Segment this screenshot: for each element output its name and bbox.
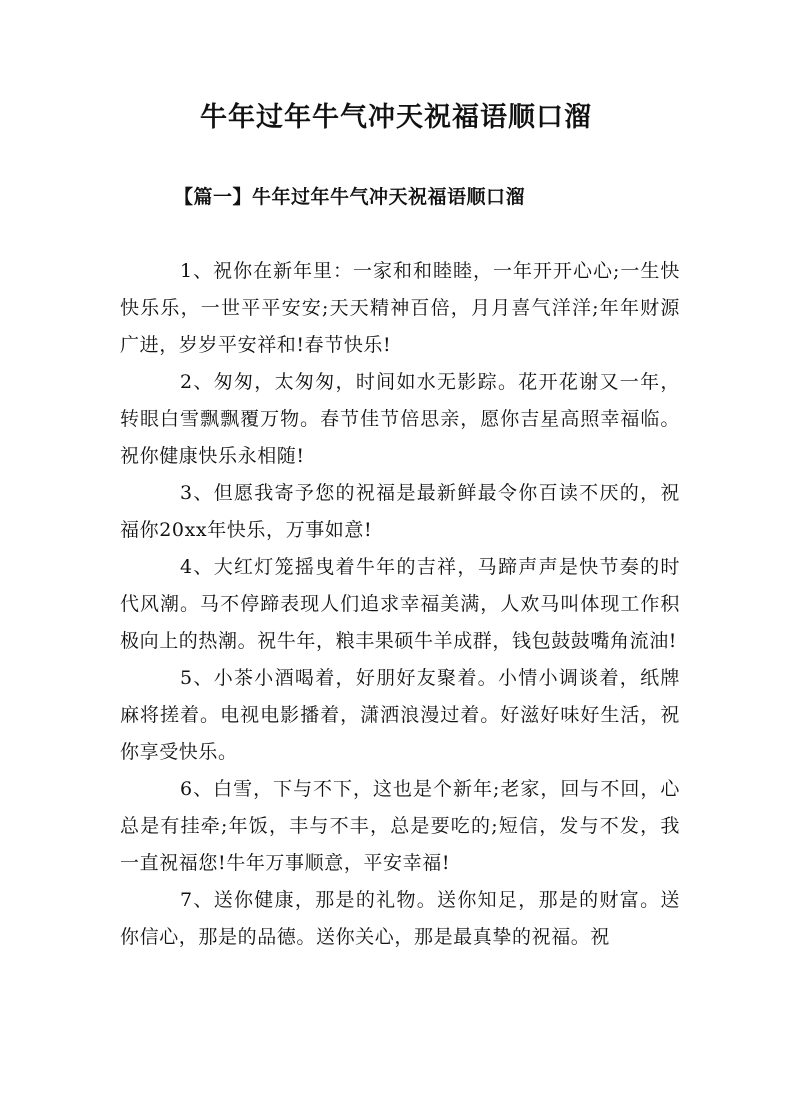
document-page: 牛年过年牛气冲天祝福语顺口溜 【篇一】牛年过年牛气冲天祝福语顺口溜 1、祝你在新… bbox=[0, 0, 792, 1120]
section-heading: 【篇一】牛年过年牛气冲天祝福语顺口溜 bbox=[174, 180, 525, 214]
paragraph-3: 3、但愿我寄予您的祝福是最新鲜最令你百读不厌的，祝福你20xx年快乐，万事如意! bbox=[120, 475, 680, 549]
paragraph-2: 2、匆匆，太匆匆，时间如水无影踪。花开花谢又一年，转眼白雪飘飘覆万物。春节佳节倍… bbox=[120, 364, 680, 475]
paragraph-1: 1、祝你在新年里：一家和和睦睦，一年开开心心;一生快快乐乐，一世平平安安;天天精… bbox=[120, 253, 680, 364]
paragraph-6: 6、白雪，下与不下，这也是个新年;老家，回与不回，心总是有挂牵;年饭，丰与不丰，… bbox=[120, 771, 680, 882]
document-body: 1、祝你在新年里：一家和和睦睦，一年开开心心;一生快快乐乐，一世平平安安;天天精… bbox=[120, 253, 680, 956]
paragraph-5: 5、小茶小酒喝着，好朋好友聚着。小情小调谈着，纸牌麻将搓着。电视电影播着，潇洒浪… bbox=[120, 660, 680, 771]
paragraph-7: 7、送你健康，那是的礼物。送你知足，那是的财富。送你信心，那是的品德。送你关心，… bbox=[120, 882, 680, 956]
document-title: 牛年过年牛气冲天祝福语顺口溜 bbox=[0, 98, 792, 138]
paragraph-4: 4、大红灯笼摇曳着牛年的吉祥，马蹄声声是快节奏的时代风潮。马不停蹄表现人们追求幸… bbox=[120, 549, 680, 660]
